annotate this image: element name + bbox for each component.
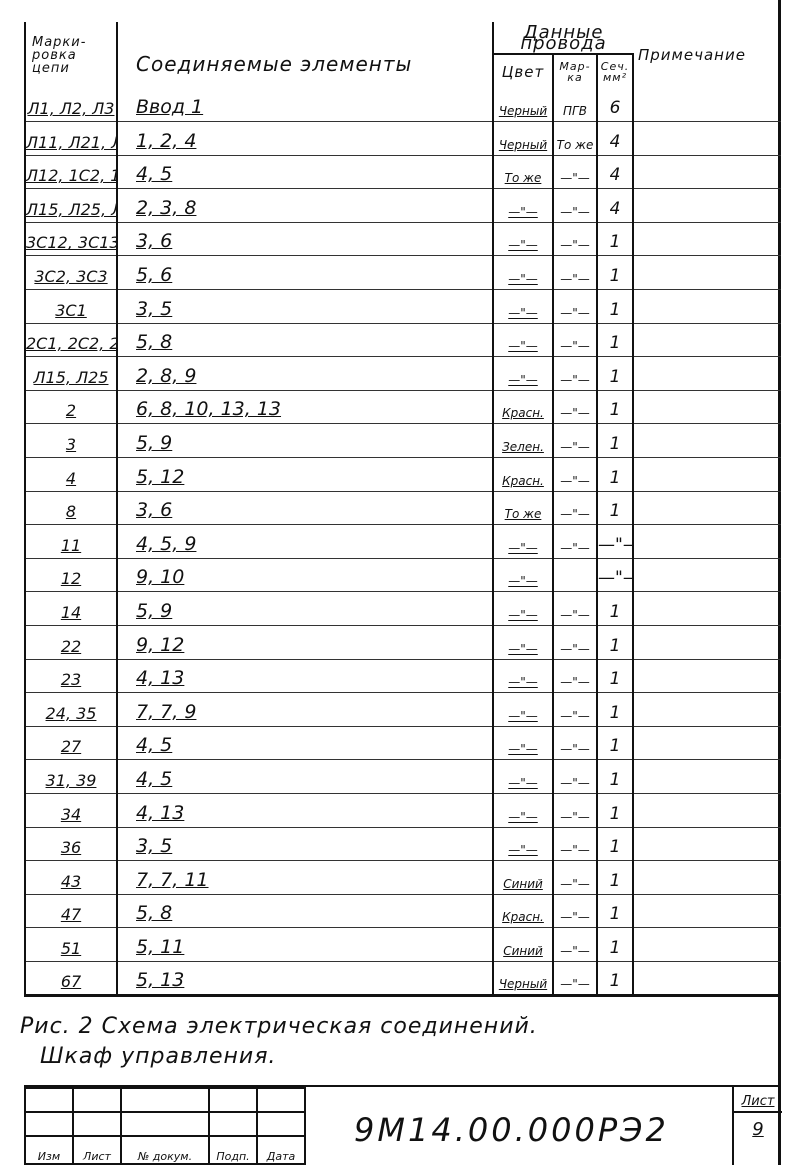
wire-section-cell: 1 [597, 357, 633, 391]
wire-section-cell: 1 [597, 424, 633, 458]
table-row: Л15, Л25, Л352, 3, 8—"——"—4 [25, 189, 781, 223]
elements-cell: 4, 13 [117, 659, 493, 693]
marking-cell: 47 [25, 894, 117, 928]
table-row: 114, 5, 9—"——"——"— [25, 525, 781, 559]
note-cell [633, 928, 781, 962]
table-row: 3С13, 5—"——"—1 [25, 290, 781, 324]
note-cell [633, 558, 781, 592]
note-cell [633, 189, 781, 223]
elements-cell: 4, 5 [117, 726, 493, 760]
marking-cell: 67 [25, 961, 117, 995]
wire-section-cell: 1 [597, 693, 633, 727]
header-marking-text: Марки- ровка цепи [32, 35, 86, 76]
marking-cell: 11 [25, 525, 117, 559]
wire-color-cell: То же [493, 155, 553, 189]
wire-section-cell: 1 [597, 928, 633, 962]
table-row: 129, 10—"——"— [25, 558, 781, 592]
note-cell [633, 222, 781, 256]
revision-grid: Изм Лист № докум. Подп. Дата [24, 1087, 306, 1165]
wire-color-cell: Красн. [493, 390, 553, 424]
wire-section-cell: 4 [597, 189, 633, 223]
table-body: Л1, Л2, Л3Ввод 1ЧерныйПГВ6Л11, Л21, Л311… [25, 88, 781, 995]
sheet-label: Лист [734, 1087, 782, 1113]
elements-cell: 3, 5 [117, 290, 493, 324]
note-cell [633, 827, 781, 861]
rev-cell [121, 1112, 209, 1136]
note-cell [633, 894, 781, 928]
wire-brand-cell: ПГВ [553, 88, 597, 122]
table-row: 35, 9Зелен.—"—1 [25, 424, 781, 458]
caption-line-2: Шкаф управления. [20, 1042, 538, 1072]
table-row: 344, 13—"——"—1 [25, 793, 781, 827]
note-cell [633, 861, 781, 895]
rev-cell [209, 1112, 257, 1136]
wire-brand-cell: —"— [553, 357, 597, 391]
note-cell [633, 290, 781, 324]
wire-brand-cell: —"— [553, 290, 597, 324]
wire-brand-cell: —"— [553, 726, 597, 760]
connection-table: Марки- ровка цепи Соединяемые элементы Д… [24, 22, 781, 997]
marking-cell: 36 [25, 827, 117, 861]
marking-cell: 8 [25, 491, 117, 525]
elements-cell: 4, 5, 9 [117, 525, 493, 559]
marking-cell: Л11, Л21, Л31 [25, 122, 117, 156]
label-doc-no: № докум. [121, 1136, 209, 1164]
wire-section-cell: 1 [597, 961, 633, 995]
marking-cell: 31, 39 [25, 760, 117, 794]
wire-brand-cell: —"— [553, 390, 597, 424]
marking-cell: 3 [25, 424, 117, 458]
rev-cell [209, 1088, 257, 1112]
header-wire-data: Данные провода [493, 22, 633, 54]
marking-cell: 27 [25, 726, 117, 760]
elements-cell: 9, 12 [117, 626, 493, 660]
wire-color-cell: Синий [493, 861, 553, 895]
rev-cell [25, 1088, 73, 1112]
elements-cell: 9, 10 [117, 558, 493, 592]
wire-color-cell: —"— [493, 592, 553, 626]
wire-brand-cell: —"— [553, 256, 597, 290]
wire-brand-cell: —"— [553, 693, 597, 727]
elements-cell: 5, 6 [117, 256, 493, 290]
wire-brand-cell: —"— [553, 827, 597, 861]
document-number: 9М14.00.000РЭ2 [354, 1111, 669, 1149]
wire-section-cell: 1 [597, 793, 633, 827]
note-cell [633, 256, 781, 290]
marking-cell: 22 [25, 626, 117, 660]
wire-color-cell: —"— [493, 222, 553, 256]
header-note: Примечание [633, 22, 781, 88]
wire-color-cell: —"— [493, 323, 553, 357]
table-row: Л1, Л2, Л3Ввод 1ЧерныйПГВ6 [25, 88, 781, 122]
wire-color-cell: Черный [493, 961, 553, 995]
elements-cell: 5, 9 [117, 592, 493, 626]
wire-brand-cell [553, 558, 597, 592]
note-cell [633, 793, 781, 827]
wire-color-cell: —"— [493, 693, 553, 727]
elements-cell: 3, 5 [117, 827, 493, 861]
wire-brand-cell: —"— [553, 189, 597, 223]
wire-section-cell: 1 [597, 323, 633, 357]
wire-color-cell: —"— [493, 726, 553, 760]
rev-cell [73, 1112, 121, 1136]
wire-brand-cell: —"— [553, 222, 597, 256]
rev-cell [25, 1112, 73, 1136]
marking-cell: 4 [25, 458, 117, 492]
wire-color-cell: Красн. [493, 894, 553, 928]
header-color: Цвет [493, 54, 553, 88]
note-cell [633, 155, 781, 189]
header-brand-text: Мар- ка [559, 60, 590, 84]
wire-color-cell: —"— [493, 357, 553, 391]
elements-cell: 7, 7, 11 [117, 861, 493, 895]
table-row: 234, 13—"——"—1 [25, 659, 781, 693]
wire-section-cell: 1 [597, 222, 633, 256]
connection-table-sheet: Марки- ровка цепи Соединяемые элементы Д… [24, 22, 780, 997]
wire-brand-cell: —"— [553, 323, 597, 357]
wire-section-cell: 6 [597, 88, 633, 122]
wire-brand-cell: —"— [553, 861, 597, 895]
note-cell [633, 626, 781, 660]
wire-color-cell: —"— [493, 659, 553, 693]
wire-color-cell: —"— [493, 189, 553, 223]
marking-cell: 23 [25, 659, 117, 693]
note-cell [633, 491, 781, 525]
wire-section-cell: 1 [597, 726, 633, 760]
elements-cell: 5, 13 [117, 961, 493, 995]
marking-cell: 34 [25, 793, 117, 827]
marking-cell: Л15, Л25, Л35 [25, 189, 117, 223]
note-cell [633, 88, 781, 122]
table-row: 24, 357, 7, 9—"——"—1 [25, 693, 781, 727]
header-section: Сеч. мм² [597, 54, 633, 88]
wire-color-cell: —"— [493, 256, 553, 290]
note-cell [633, 122, 781, 156]
wire-brand-cell: —"— [553, 928, 597, 962]
table-row: 3С2, 3С35, 6—"——"—1 [25, 256, 781, 290]
label-sheet: Лист [73, 1136, 121, 1164]
wire-color-cell: —"— [493, 525, 553, 559]
wire-color-cell: —"— [493, 290, 553, 324]
elements-cell: 5, 11 [117, 928, 493, 962]
marking-cell: 2С1, 2С2, 2С3 [25, 323, 117, 357]
table-row: 437, 7, 11Синий—"—1 [25, 861, 781, 895]
note-cell [633, 693, 781, 727]
wire-brand-cell: —"— [553, 760, 597, 794]
wire-section-cell: —"— [597, 525, 633, 559]
table-row: 3С12, 3С133, 6—"——"—1 [25, 222, 781, 256]
wire-brand-cell: —"— [553, 659, 597, 693]
wire-color-cell: —"— [493, 827, 553, 861]
wire-color-cell: Красн. [493, 458, 553, 492]
table-row: 145, 9—"——"—1 [25, 592, 781, 626]
wire-color-cell: Синий [493, 928, 553, 962]
header-brand: Мар- ка [553, 54, 597, 88]
wire-section-cell: 1 [597, 458, 633, 492]
note-cell [633, 961, 781, 995]
header-section-text: Сеч. мм² [601, 60, 629, 84]
marking-cell: 3С2, 3С3 [25, 256, 117, 290]
wire-section-cell: 1 [597, 390, 633, 424]
table-row: 2С1, 2С2, 2С35, 8—"——"—1 [25, 323, 781, 357]
wire-section-cell: 1 [597, 491, 633, 525]
elements-cell: 5, 9 [117, 424, 493, 458]
table-row: Л15, Л252, 8, 9—"——"—1 [25, 357, 781, 391]
wire-section-cell: 1 [597, 861, 633, 895]
table-row: 83, 6То же—"—1 [25, 491, 781, 525]
wire-section-cell: 1 [597, 290, 633, 324]
wire-section-cell: 1 [597, 626, 633, 660]
elements-cell: 3, 6 [117, 491, 493, 525]
note-cell [633, 592, 781, 626]
header-elements: Соединяемые элементы [117, 22, 493, 88]
wire-section-cell: 1 [597, 659, 633, 693]
note-cell [633, 390, 781, 424]
wire-brand-cell: —"— [553, 525, 597, 559]
wire-brand-cell: —"— [553, 961, 597, 995]
note-cell [633, 357, 781, 391]
table-row: 274, 5—"——"—1 [25, 726, 781, 760]
table-row: 675, 13Черный—"—1 [25, 961, 781, 995]
wire-brand-cell: —"— [553, 894, 597, 928]
elements-cell: 6, 8, 10, 13, 13 [117, 390, 493, 424]
sheet-number: 9 [734, 1113, 782, 1140]
wire-brand-cell: —"— [553, 491, 597, 525]
wire-color-cell: Черный [493, 88, 553, 122]
wire-brand-cell: —"— [553, 155, 597, 189]
marking-cell: 12 [25, 558, 117, 592]
wire-brand-cell: —"— [553, 424, 597, 458]
note-cell [633, 424, 781, 458]
wire-brand-cell: —"— [553, 458, 597, 492]
table-row: 229, 12—"——"—1 [25, 626, 781, 660]
wire-color-cell: —"— [493, 626, 553, 660]
note-cell [633, 726, 781, 760]
wire-brand-cell: —"— [553, 626, 597, 660]
marking-cell: 24, 35 [25, 693, 117, 727]
label-change: Изм [25, 1136, 73, 1164]
wire-color-cell: —"— [493, 793, 553, 827]
title-block: Изм Лист № докум. Подп. Дата 9М14.00.000… [24, 1085, 780, 1165]
wire-section-cell: 4 [597, 122, 633, 156]
marking-cell: 2 [25, 390, 117, 424]
elements-cell: Ввод 1 [117, 88, 493, 122]
wire-section-cell: 1 [597, 256, 633, 290]
header-marking: Марки- ровка цепи [25, 22, 117, 88]
note-cell [633, 525, 781, 559]
note-cell [633, 760, 781, 794]
table-row: 475, 8Красн.—"—1 [25, 894, 781, 928]
wire-section-cell: 1 [597, 827, 633, 861]
wire-color-cell: Черный [493, 122, 553, 156]
wire-section-cell: 1 [597, 894, 633, 928]
wire-color-cell: То же [493, 491, 553, 525]
label-signature: Подп. [209, 1136, 257, 1164]
label-date: Дата [257, 1136, 305, 1164]
marking-cell: 43 [25, 861, 117, 895]
elements-cell: 5, 8 [117, 323, 493, 357]
caption-line-1: Рис. 2 Схема электрическая соединений. [20, 1012, 538, 1042]
elements-cell: 3, 6 [117, 222, 493, 256]
wire-color-cell: —"— [493, 760, 553, 794]
marking-cell: 14 [25, 592, 117, 626]
figure-caption: Рис. 2 Схема электрическая соединений. Ш… [20, 1012, 538, 1072]
table-row: Л11, Л21, Л311, 2, 4ЧерныйТо же4 [25, 122, 781, 156]
wire-section-cell: 1 [597, 592, 633, 626]
table-row: 45, 12Красн.—"—1 [25, 458, 781, 492]
marking-cell: Л12, 1С2, 1С3 [25, 155, 117, 189]
table-row: 363, 5—"——"—1 [25, 827, 781, 861]
wire-section-cell: 1 [597, 760, 633, 794]
marking-cell: Л15, Л25 [25, 357, 117, 391]
elements-cell: 2, 8, 9 [117, 357, 493, 391]
marking-cell: 3С1 [25, 290, 117, 324]
elements-cell: 4, 5 [117, 760, 493, 794]
note-cell [633, 323, 781, 357]
rev-cell [257, 1112, 305, 1136]
wire-brand-cell: —"— [553, 793, 597, 827]
elements-cell: 2, 3, 8 [117, 189, 493, 223]
elements-cell: 1, 2, 4 [117, 122, 493, 156]
rev-cell [121, 1088, 209, 1112]
note-cell [633, 659, 781, 693]
wire-section-cell: —"— [597, 558, 633, 592]
wire-color-cell: Зелен. [493, 424, 553, 458]
elements-cell: 5, 8 [117, 894, 493, 928]
table-row: Л12, 1С2, 1С34, 5То же—"—4 [25, 155, 781, 189]
wire-brand-cell: То же [553, 122, 597, 156]
note-cell [633, 458, 781, 492]
wire-section-cell: 4 [597, 155, 633, 189]
elements-cell: 7, 7, 9 [117, 693, 493, 727]
elements-cell: 4, 13 [117, 793, 493, 827]
table-row: 31, 394, 5—"——"—1 [25, 760, 781, 794]
table-row: 26, 8, 10, 13, 13Красн.—"—1 [25, 390, 781, 424]
marking-cell: 51 [25, 928, 117, 962]
elements-cell: 5, 12 [117, 458, 493, 492]
marking-cell: 3С12, 3С13 [25, 222, 117, 256]
marking-cell: Л1, Л2, Л3 [25, 88, 117, 122]
rev-cell [257, 1088, 305, 1112]
elements-cell: 4, 5 [117, 155, 493, 189]
wire-color-cell: —"— [493, 558, 553, 592]
sheet-box: Лист 9 [732, 1087, 782, 1165]
table-row: 515, 11Синий—"—1 [25, 928, 781, 962]
wire-brand-cell: —"— [553, 592, 597, 626]
rev-cell [73, 1088, 121, 1112]
